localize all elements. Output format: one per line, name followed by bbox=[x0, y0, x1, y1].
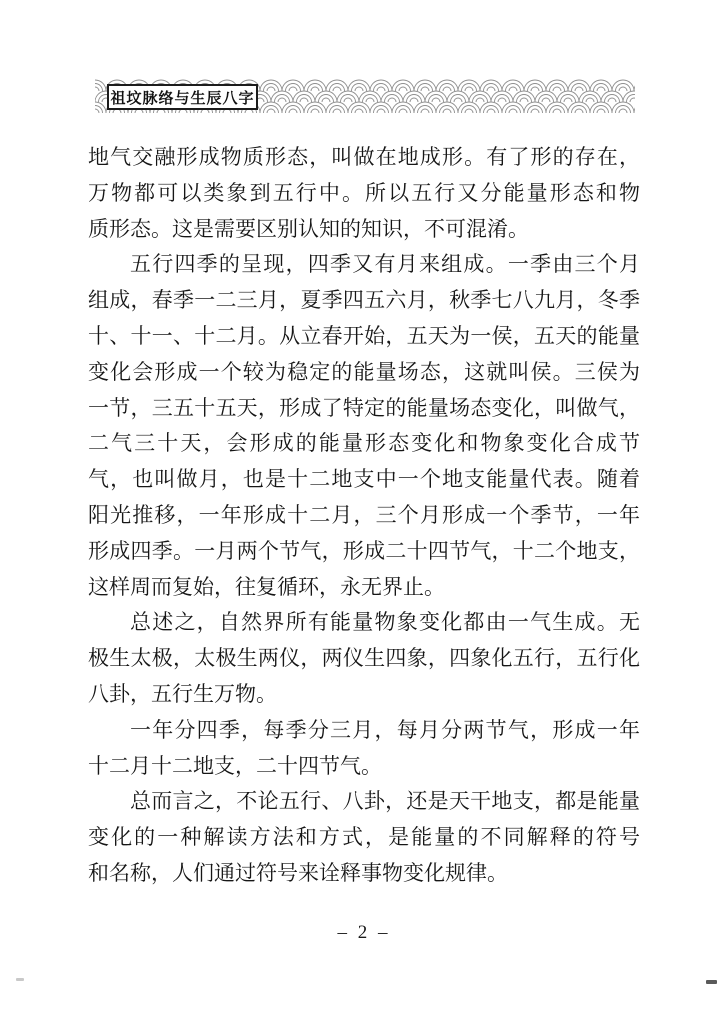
text-line: 质形态。这是需要区别认知的知识，不可混淆。 bbox=[88, 212, 640, 248]
text-line: 气，也叫做月，也是十二地支中一个地支能量代表。随着 bbox=[88, 462, 640, 498]
scan-speck bbox=[16, 978, 24, 981]
scan-speck bbox=[706, 980, 717, 984]
text-line: 组成，春季一二三月，夏季四五六月，秋季七八九月，冬季 bbox=[88, 283, 640, 319]
book-title-box: 祖坟脉络与生辰八字 bbox=[107, 84, 258, 110]
text-line: 总而言之，不论五行、八卦，还是天干地支，都是能量 bbox=[88, 784, 640, 820]
book-title: 祖坟脉络与生辰八字 bbox=[110, 87, 254, 108]
text-line: 五行四季的呈现，四季又有月来组成。一季由三个月 bbox=[88, 247, 640, 283]
text-line: 和名称，人们通过符号来诠释事物变化规律。 bbox=[88, 856, 640, 892]
text-line: 变化会形成一个较为稳定的能量场态，这就叫侯。三侯为 bbox=[88, 355, 640, 391]
text-line: 地气交融形成物质形态，叫做在地成形。有了形的存在， bbox=[88, 140, 640, 176]
text-line: 极生太极，太极生两仪，两仪生四象，四象化五行，五行化 bbox=[88, 641, 640, 677]
text-line: 变化的一种解读方法和方式，是能量的不同解释的符号 bbox=[88, 820, 640, 856]
text-line: 一节，三五十五天，形成了特定的能量场态变化，叫做气， bbox=[88, 391, 640, 427]
text-line: 十二月十二地支，二十四节气。 bbox=[88, 749, 640, 785]
text-line: 总述之，自然界所有能量物象变化都由一气生成。无 bbox=[88, 605, 640, 641]
text-line: 阳光推移，一年形成十二月，三个月形成一个季节，一年 bbox=[88, 498, 640, 534]
text-line: 形成四季。一月两个节气，形成二十四节气，十二个地支， bbox=[88, 534, 640, 570]
text-line: 十、十一、十二月。从立春开始，五天为一侯，五天的能量 bbox=[88, 319, 640, 355]
text-line: 万物都可以类象到五行中。所以五行又分能量形态和物 bbox=[88, 176, 640, 212]
header-decoration: 祖坟脉络与生辰八字 bbox=[95, 79, 635, 113]
page-number: – 2 – bbox=[88, 922, 640, 944]
page: 祖坟脉络与生辰八字 地气交融形成物质形态，叫做在地成形。有了形的存在， 万物都可… bbox=[0, 0, 724, 1024]
text-line: 这样周而复始，往复循环，永无界止。 bbox=[88, 570, 640, 606]
body-text: 地气交融形成物质形态，叫做在地成形。有了形的存在， 万物都可以类象到五行中。所以… bbox=[88, 140, 640, 892]
text-line: 二气三十天，会形成的能量形态变化和物象变化合成节 bbox=[88, 426, 640, 462]
text-line: 八卦，五行生万物。 bbox=[88, 677, 640, 713]
text-line: 一年分四季，每季分三月，每月分两节气，形成一年 bbox=[88, 713, 640, 749]
scanned-book-page: { "header": { "book_title": "祖坟脉络与生辰八字" … bbox=[0, 0, 724, 1024]
